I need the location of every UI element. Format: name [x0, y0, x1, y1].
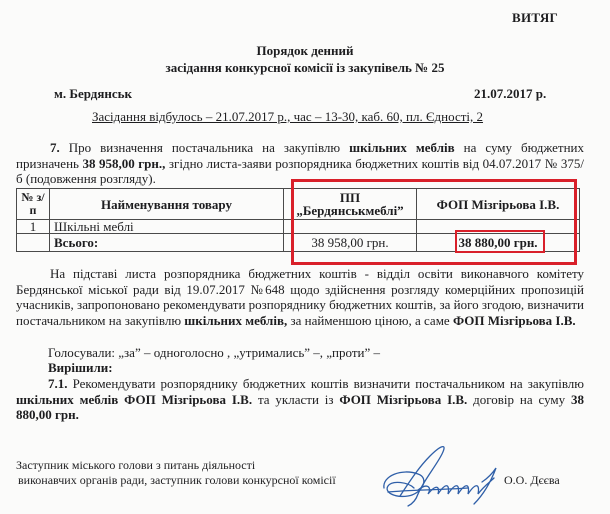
cell-num: 1: [17, 220, 50, 234]
column-header-name: Найменування товару: [50, 189, 284, 220]
decision-text: Рекомендувати розпоряднику бюджетних кош…: [68, 376, 585, 391]
cell-name: Шкільні меблі: [50, 220, 284, 234]
cell-total-label: Всього:: [50, 234, 284, 252]
selected-supplier: ФОП Мізгірьова І.В.: [453, 313, 576, 328]
decided-label: Вирішили:: [48, 360, 113, 376]
signatory-name: О.О. Дєєва: [504, 473, 560, 488]
budget-amount: 38 958,00 грн.,: [82, 156, 165, 171]
goods-name: шкільних меблів: [349, 140, 454, 155]
decision-number: 7.1.: [48, 376, 68, 391]
document-title-line1: Порядок денний: [0, 43, 610, 59]
city-label: м. Бердянськ: [54, 86, 132, 102]
decision-text: договір на суму: [467, 392, 571, 407]
column-header-num: № з/п: [17, 189, 50, 220]
document-title-line2: засідання конкурсної комісії із закупіве…: [0, 60, 610, 76]
goods-name: шкільних меблів: [16, 392, 118, 407]
extract-label: ВИТЯГ: [512, 10, 558, 26]
selected-supplier: ФОП Мізгірьова І.В.: [124, 392, 252, 407]
basis-paragraph: На підставі листа розпорядника бюджетних…: [16, 266, 584, 328]
meeting-info: Засідання відбулось – 21.07.2017 р., час…: [92, 109, 483, 125]
decision-paragraph: 7.1. Рекомендувати розпоряднику бюджетни…: [16, 376, 584, 423]
signatory-role-line1: Заступник міського голови з питань діяль…: [16, 458, 255, 473]
handwritten-signature-icon: [378, 438, 518, 508]
selected-supplier: ФОП Мізгірьова І.В.: [339, 392, 467, 407]
goods-name: шкільних меблів,: [184, 313, 287, 328]
signatory-role-line2: виконавчих органів ради, заступник голов…: [18, 473, 336, 488]
cell-num: [17, 234, 50, 252]
basis-text: за найменшою ціною, а саме: [287, 313, 453, 328]
document-date: 21.07.2017 р.: [474, 86, 546, 102]
votes-line: Голосували: „за” – одноголосно , „утрима…: [48, 345, 380, 361]
red-highlight-winning-price: [455, 230, 545, 253]
item-text: Про визначення постачальника на закупівл…: [60, 140, 349, 155]
decision-text: та укласти із: [252, 392, 339, 407]
item-number: 7.: [50, 140, 60, 155]
